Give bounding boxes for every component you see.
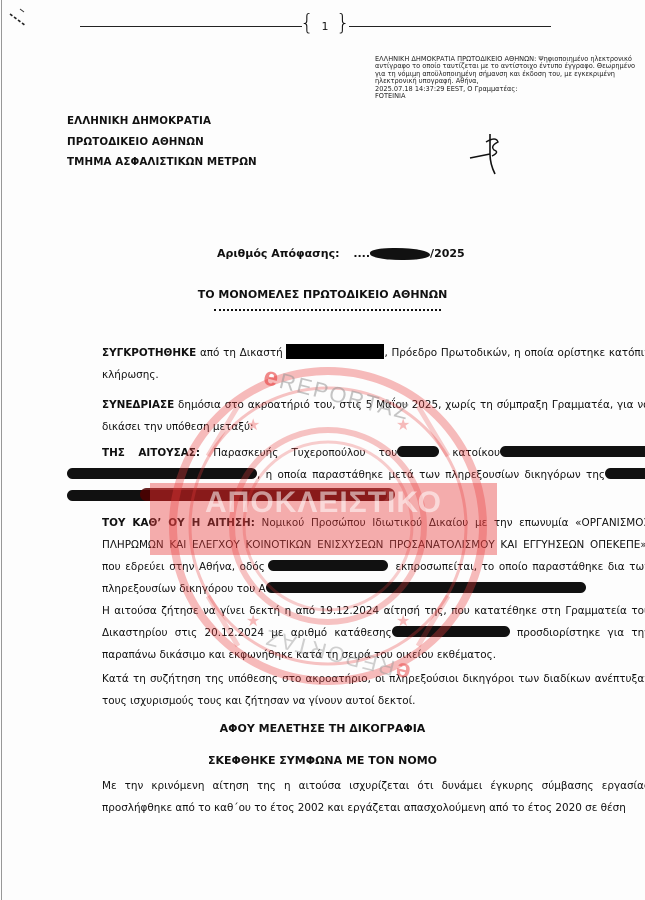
paragraph-constituted: ΣΥΓΚΡΟΤΗΘΗΚΕ από τη Δικαστή , Πρόεδρο Πρ… [67, 342, 645, 386]
redaction [500, 446, 645, 457]
redaction [67, 490, 387, 501]
paragraph-respondent: ΤΟΥ ΚΑΘ’ ΟΥ Η ΑΙΤΗΣΗ: Νομικού Προσώπου Ι… [67, 512, 645, 600]
paragraph-claim: Με την κρινόμενη αίτηση της η αιτούσα ισ… [67, 775, 645, 819]
signature-mark [468, 130, 508, 180]
decision-year: /2025 [430, 247, 465, 260]
page-rule-right [349, 26, 551, 27]
redaction [67, 468, 257, 479]
redaction [268, 560, 388, 571]
digital-certification-note: ΕΛΛΗΝΙΚΗ ΔΗΜΟΚΡΑΤΙΑ ΠΡΩΤΟΔΙΚΕΙΟ ΑΘΗΝΩΝ: … [375, 56, 645, 100]
redaction [266, 582, 586, 593]
constituted-lead: ΣΥΓΚΡΟΤΗΘΗΚΕ [102, 347, 196, 359]
decision-number: Αριθμός Απόφασης: ..../2025 [217, 247, 465, 260]
dotted-separator [214, 309, 441, 311]
header-department: ΤΜΗΜΑ ΑΣΦΑΛΙΣΤΙΚΩΝ ΜΕΤΡΩΝ [67, 152, 257, 173]
page-number-value: 1 [322, 20, 329, 33]
paragraph-request: Η αιτούσα ζήτησε να γίνει δεκτή η από 19… [67, 600, 645, 666]
header-country: ΕΛΛΗΝΙΚΗ ΔΗΜΟΚΡΑΤΙΑ [67, 111, 257, 132]
pen-mark-icon [8, 6, 32, 30]
heading-considered-law: ΣΚΕΦΘΗΚΕ ΣΥΜΦΩΝΑ ΜΕ ΤΟΝ ΝΟΜΟ [0, 754, 645, 767]
certification-clerk: FOTEINIA [375, 92, 406, 100]
court-header: ΕΛΛΗΝΙΚΗ ΔΗΜΟΚΡΑΤΙΑ ΠΡΩΤΟΔΙΚΕΙΟ ΑΘΗΝΩΝ Τ… [67, 111, 257, 173]
document-page: { 1 } ΕΛΛΗΝΙΚΗ ΔΗΜΟΚΡΑΤΙΑ ΠΡΩΤΟΔΙΚΕΙΟ ΑΘ… [0, 0, 645, 900]
heading-studied-file: ΑΦΟΥ ΜΕΛΕΤΗΣΕ ΤΗ ΔΙΚΟΓΡΑΦΙΑ [0, 722, 645, 735]
applicant-lead: ΤΗΣ ΑΙΤΟΥΣΑΣ: [102, 447, 200, 459]
sat-text: δημόσια στο ακροατήριό του, στις 5 Μαΐου… [102, 399, 645, 433]
page-number: { 1 } [300, 14, 350, 40]
decision-label: Αριθμός Απόφασης: [217, 247, 339, 260]
applicant-represented: , η οποία παραστάθηκε μετά των πληρεξουσ… [257, 469, 605, 481]
redaction [370, 248, 430, 260]
redaction [286, 344, 384, 359]
respondent-lead: ΤΟΥ ΚΑΘ’ ΟΥ Η ΑΙΤΗΣΗ: [102, 517, 255, 529]
certification-text: ΕΛΛΗΝΙΚΗ ΔΗΜΟΚΡΑΤΙΑ ΠΡΩΤΟΔΙΚΕΙΟ ΑΘΗΝΩΝ: … [375, 55, 635, 85]
redaction [397, 446, 439, 457]
page-rule-left [80, 26, 302, 27]
constituted-text: από τη Δικαστή [196, 347, 286, 359]
applicant-end: . [387, 491, 390, 503]
court-title: ΤΟ ΜΟΝΟΜΕΛΕΣ ΠΡΩΤΟΔΙΚΕΙΟ ΑΘΗΝΩΝ [0, 288, 645, 301]
header-court: ΠΡΩΤΟΔΙΚΕΙΟ ΑΘΗΝΩΝ [67, 132, 257, 153]
sat-lead: ΣΥΝΕΔΡΙΑΣΕ [102, 399, 174, 411]
applicant-name: Παρασκευής Τυχεροπούλου του [200, 447, 397, 459]
decision-dots: .... [353, 247, 370, 260]
redaction [605, 468, 645, 479]
paragraph-applicant: ΤΗΣ ΑΙΤΟΥΣΑΣ: Παρασκευής Τυχεροπούλου το… [67, 442, 645, 508]
paragraph-sat: ΣΥΝΕΔΡΙΑΣΕ δημόσια στο ακροατήριό του, σ… [67, 394, 645, 438]
redaction [392, 626, 510, 637]
applicant-resident: κατοίκου [439, 447, 500, 459]
paragraph-discussion: Κατά τη συζήτηση της υπόθεσης στο ακροατ… [67, 668, 645, 712]
